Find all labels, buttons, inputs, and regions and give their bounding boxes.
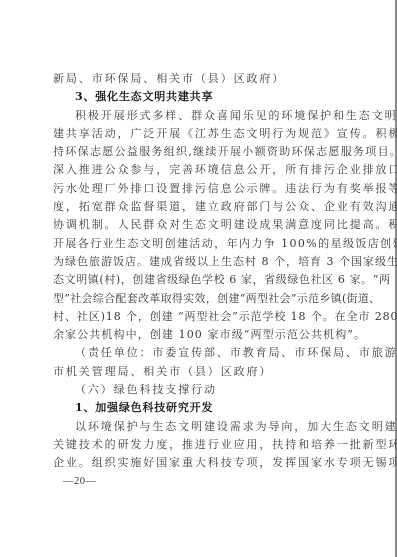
responsible-units: （责任单位：市委宣传部、市教育局、市环保局、市旅游局、	[53, 344, 345, 362]
section-title: （六）绿色科技支撑行动	[53, 381, 345, 399]
text-line: 新局、市环保局、相关市（县）区政府）	[53, 70, 345, 88]
text-line: 深入推进公众参与，完善环境信息公开，所有排污企业排放口、	[53, 161, 345, 179]
text-line: 持环保志愿公益服务组织,继续开展小额资助环保志愿服务项目。	[53, 143, 345, 161]
document-page: 新局、市环保局、相关市（县）区政府） 3、强化生态文明共建共享 积极开展形式多样…	[53, 70, 345, 491]
section-heading: 3、强化生态文明共建共享	[53, 88, 345, 106]
text-line: 污水处理厂外排口设置排污信息公示牌。违法行为有奖举报等制	[53, 180, 345, 198]
text-line: 开展各行业生态文明创建活动，年内力争 100%的星级饭店创建	[53, 235, 345, 253]
responsible-units: 市机关管理局、相关市（县）区政府）	[53, 363, 345, 381]
text-line: 建共享活动，广泛开展《江苏生态文明行为规范》宣传。积极扶	[53, 125, 345, 143]
text-line: 关键技术的研发力度，推进行业应用，扶持和培养一批新型环保	[53, 436, 345, 454]
text-line: 态文明镇(村)，创建省级绿色学校 6 家，省级绿色社区 6 家。“两	[53, 271, 345, 289]
text-line: 型”社会综合配套改革取得实效，创建“两型社会”示范乡镇(街道、	[53, 290, 345, 308]
text-line: 为绿色旅游饭店。建成省级以上生态村 8 个，培育 3 个国家级生	[53, 253, 345, 271]
text-line: 村、社区)18 个，创建 “两型社会”示范学校 18 个。在全市 2800	[53, 308, 345, 326]
section-heading: 1、加强绿色科技研究开发	[53, 399, 345, 417]
text-line: 企业。组织实施好国家重大科技专项，发挥国家水专项无锡项目	[53, 454, 345, 472]
page-number: —20—	[53, 473, 345, 491]
text-line: 以环境保护与生态文明建设需求为导向，加大生态文明建设	[53, 418, 345, 436]
text-line: 余家公共机构中，创建 100 家市级“两型示范公共机构”。	[53, 326, 345, 344]
text-line: 协调机制。人民群众对生态文明建设成果满意度同比提高。积极	[53, 216, 345, 234]
text-line: 积极开展形式多样、群众喜闻乐见的环境保护和生态文明共	[53, 107, 345, 125]
text-line: 度，拓宽群众监督渠道，建立政府部门与公众、企业有效沟通的	[53, 198, 345, 216]
